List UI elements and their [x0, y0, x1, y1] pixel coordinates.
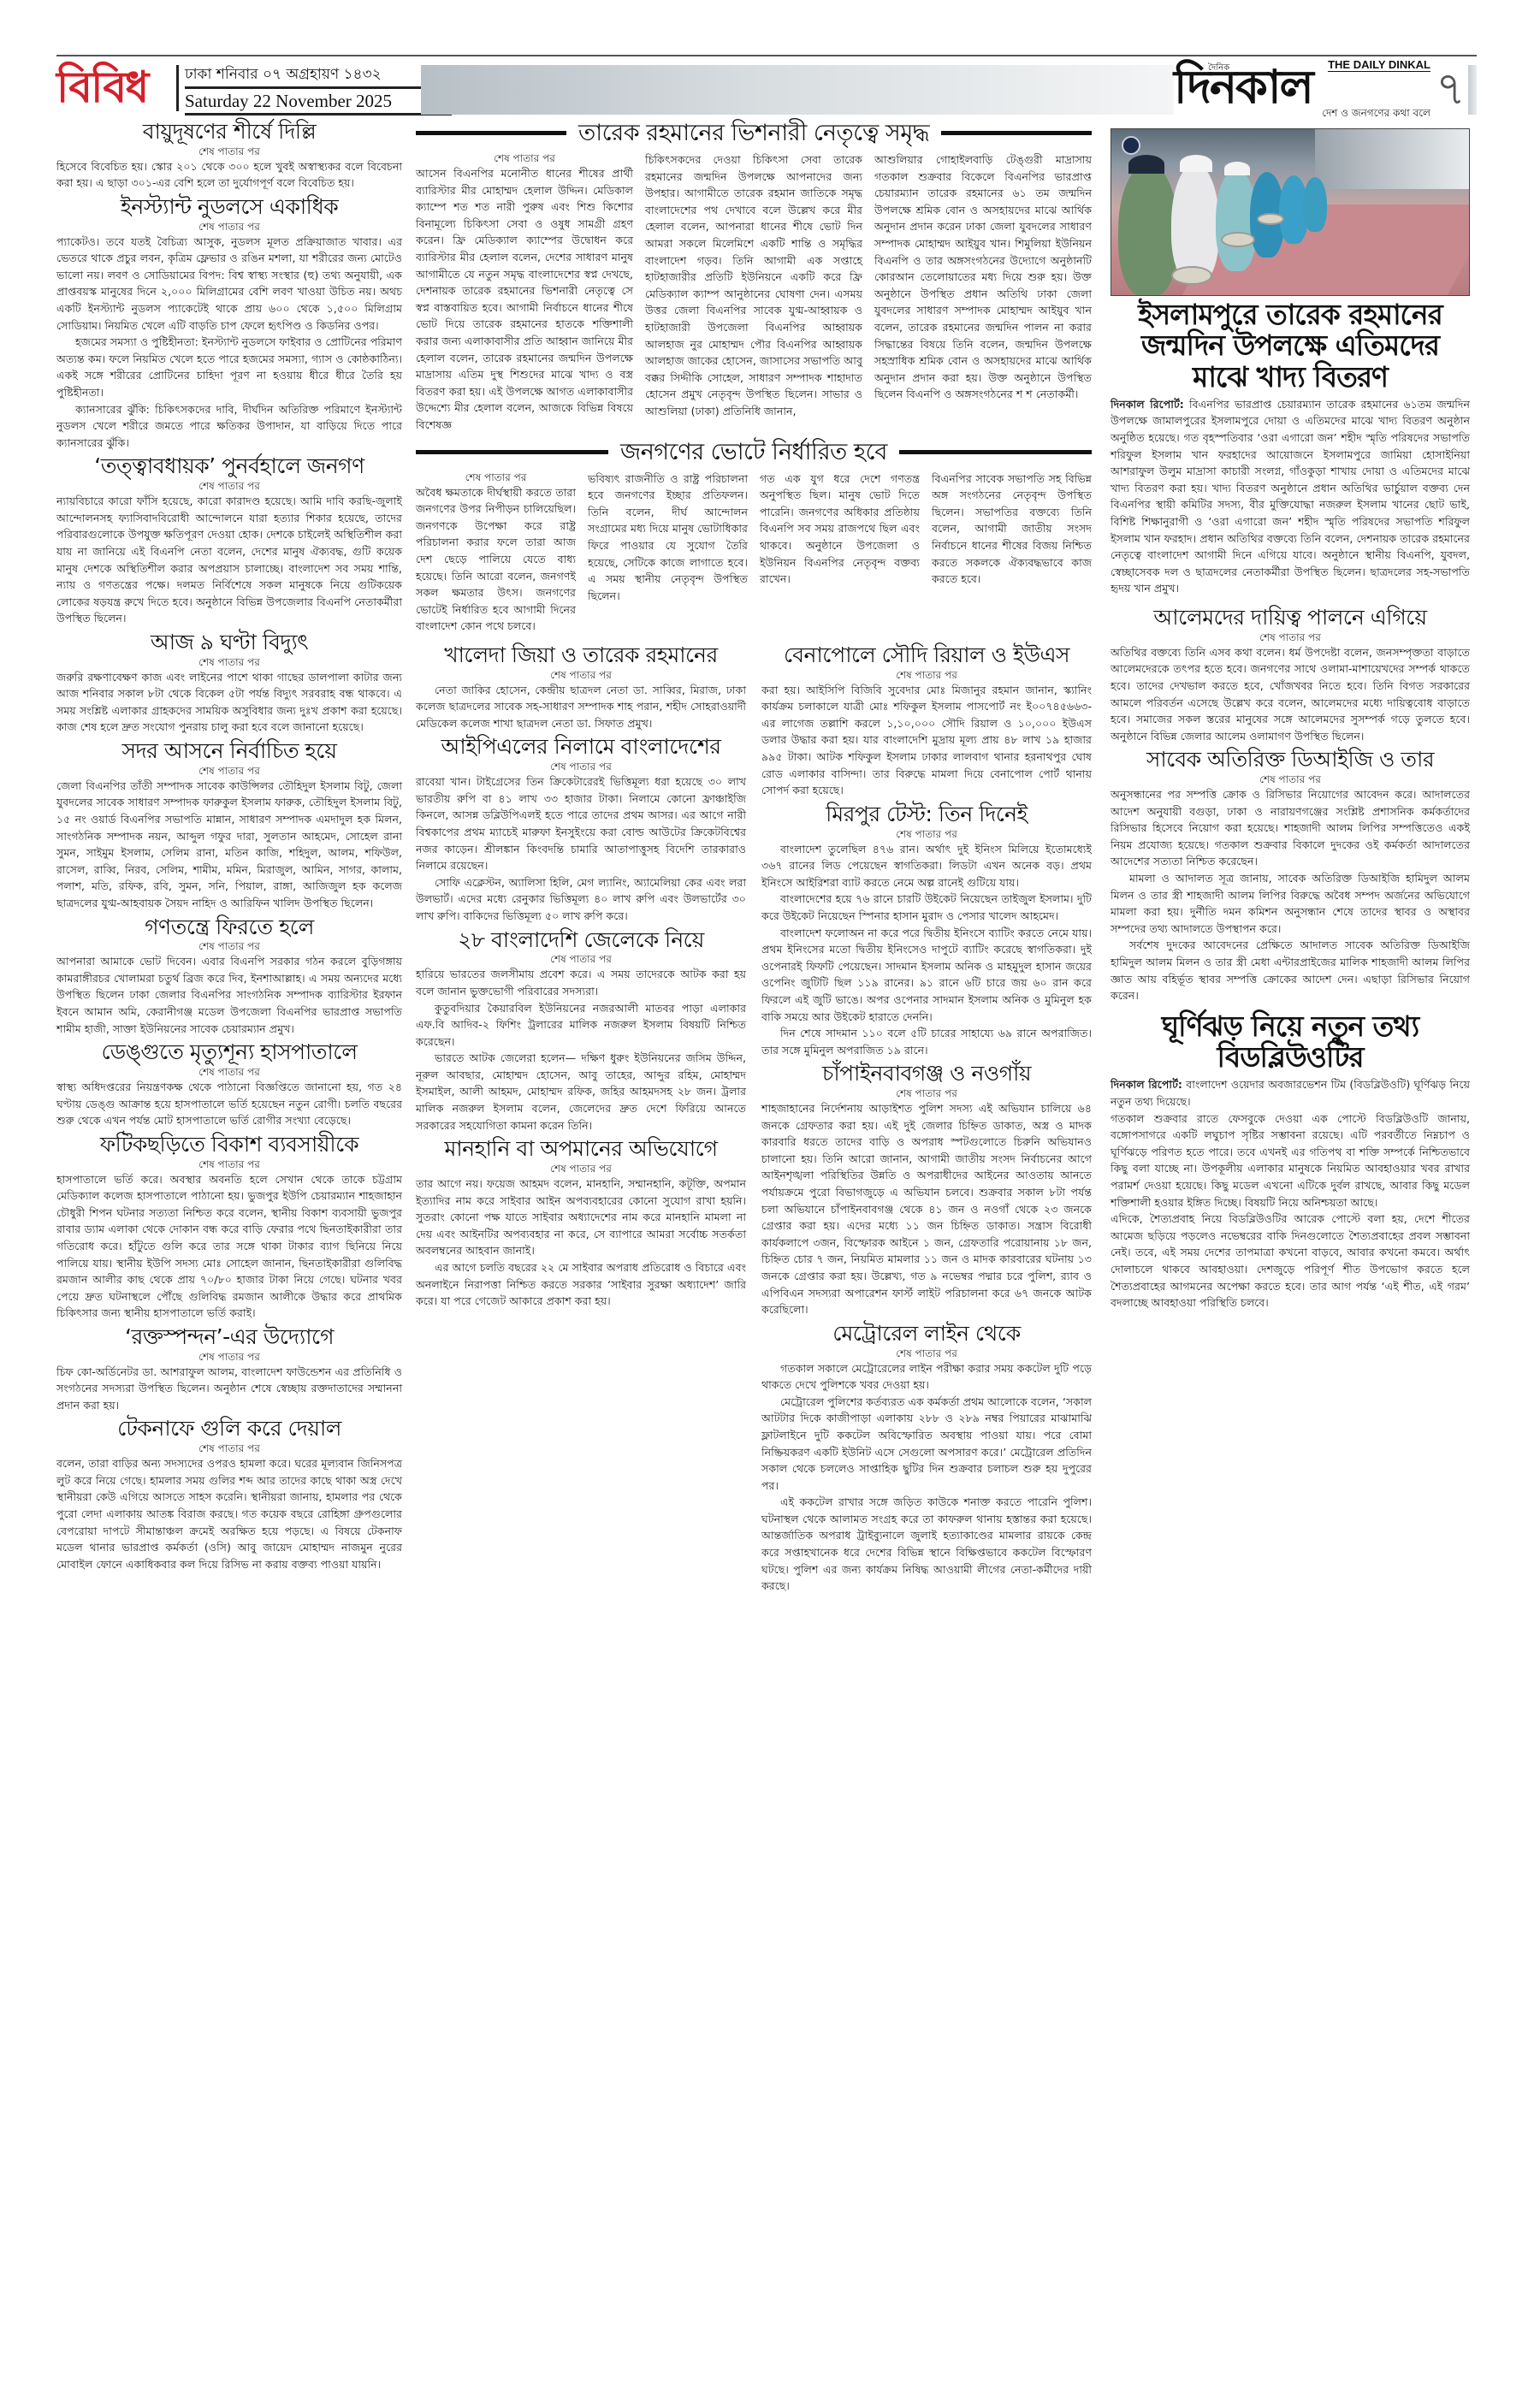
continued-label: শেষ পাতার পর	[56, 1442, 402, 1455]
article-mirpur-test: মিরপুর টেস্ট: তিন দিনেই শেষ পাতার পর বাং…	[761, 802, 1092, 1058]
newspaper-page: বিবিধ ঢাকা শনিবার ০৭ অগ্রহায়ণ ১৪৩২ Satu…	[0, 0, 1540, 2392]
article-text: আপনারা আমাকে ভোট দিবেন। এবার বিএনপি সরকা…	[56, 953, 402, 1037]
continued-label: শেষ পাতার পর	[416, 471, 576, 484]
article-text: বাংলাদেশের হয়ে ৭৬ রানে চারটি উইকেট নিয়…	[761, 891, 1092, 924]
article-text: নেতা জাকির হোসেন, কেন্দ্রীয় ছাত্রদল নেত…	[416, 682, 746, 732]
article-democracy: গণতন্ত্রে ফিরতে হলে শেষ পাতার পর আপনারা …	[56, 915, 402, 1038]
article-text: জেলা বিএনপির তাঁতী সম্পাদক সাবেক কাউন্সি…	[56, 778, 402, 912]
article-dengue: ডেঙ্গুতে মৃত্যুশূন্য হাসপাতালে শেষ পাতার…	[56, 1040, 402, 1129]
article-text: অতিথির বক্তব্যে তিনি এসব কথা বলেন। ধর্ম …	[1111, 644, 1470, 745]
article-text: হিসেবে বিবেচিত হয়। স্কোর ২০১ থেকে ৩০০ হ…	[56, 158, 402, 192]
middle-lower-left: খালেদা জিয়া ও তারেক রহমানের শেষ পাতার প…	[416, 643, 746, 1598]
article-text: অনুসন্ধানের পর সম্পত্তি ক্রোক ও রিসিভার …	[1111, 786, 1470, 870]
headline: আলেমদের দায়িত্ব পালনে এগিয়ে	[1111, 606, 1470, 631]
article-chapainawabganj: চাঁপাইনবাবগঞ্জ ও নওগাঁয় শেষ পাতার পর শা…	[761, 1062, 1092, 1317]
continued-label: শেষ পাতার পর	[56, 1065, 402, 1079]
headline: মানহানি বা অপমানের অভিযোগে	[416, 1137, 746, 1162]
article-blood-donation: ‘রক্তস্পন্দন’-এর উদ্যোগে শেষ পাতার পর চি…	[56, 1325, 402, 1414]
article-text: কুতুবদিয়ার কৈয়ারবিল ইউনিয়নের নজরআলী ম…	[416, 1000, 746, 1051]
continued-label: শেষ পাতার পর	[56, 220, 402, 234]
headline: টেকনাফে গুলি করে দেয়াল	[56, 1417, 402, 1442]
photo-watermark-icon	[1122, 136, 1140, 155]
continued-label: শেষ পাতার পর	[56, 764, 402, 778]
article-text: গত এক যুগ ধরে দেশে গণতন্ত্র অনুপস্থিত ছি…	[760, 471, 920, 588]
byline: দিনকাল রিপোর্ট:	[1111, 1078, 1182, 1091]
divider	[176, 65, 179, 111]
headline: খালেদা জিয়া ও তারেক রহমানের	[416, 643, 746, 668]
paper-name: দিনকাল	[1174, 62, 1312, 113]
article-cyclone: ঘূর্ণিঝড় নিয়ে নতুন তথ্য বিডব্লিউওটির দ…	[1111, 1011, 1470, 1311]
article-benapole: বেনাপোলে সৌদি রিয়াল ও ইউএস শেষ পাতার পর…	[761, 643, 1092, 799]
article-text: বলেন, তারা বাড়ির অন্য সদস্যদের ওপরও হাম…	[56, 1455, 402, 1572]
headline-rule-left	[416, 450, 608, 454]
continued-label: শেষ পাতার পর	[761, 1086, 1092, 1100]
middle-lower-right: বেনাপোলে সৌদি রিয়াল ও ইউএস শেষ পাতার পর…	[761, 643, 1092, 1598]
continued-label: শেষ পাতার পর	[761, 668, 1092, 682]
article-text: দিনকাল রিপোর্ট: বাংলাদেশ ওয়েদার অবজারভে…	[1111, 1076, 1470, 1110]
article-text: প্যাকেটও। তবে যতই বৈচিত্র্য আসুক, নুডলস …	[56, 234, 402, 335]
date-block: ঢাকা শনিবার ০৭ অগ্রহায়ণ ১৪৩২ Saturday 2…	[185, 63, 452, 115]
headline: বায়ুদূষণের শীর্ষে দিল্লি	[56, 120, 402, 145]
article-delhi-pollution: বায়ুদূষণের শীর্ষে দিল্লি শেষ পাতার পর হ…	[56, 120, 402, 192]
middle-column: তারেক রহমানের ভিশনারী নেতৃত্বে সমৃদ্ধ শে…	[416, 120, 1092, 1598]
byline: দিনকাল রিপোর্ট:	[1111, 398, 1184, 411]
article-text: মামলা ও আদালত সূত্র জানায়, সাবেক অতিরিক…	[1111, 870, 1470, 937]
continued-label: শেষ পাতার পর	[761, 1347, 1092, 1360]
lead-headline: তারেক রহমানের ভিশনারী নেতৃত্বে সমৃদ্ধ	[578, 120, 929, 146]
headline: ইনস্ট্যান্ট নুডলসে একাধিক	[56, 195, 402, 220]
continued-label: শেষ পাতার পর	[416, 151, 633, 165]
article-text: দিন শেষে সাদমান ১১০ বলে ৫টি চারের সাহায্…	[761, 1025, 1092, 1058]
feature-article: ইসলামপুরে তারেক রহমানের জন্মদিন উপলক্ষে …	[1111, 299, 1470, 597]
continued-label: শেষ পাতার পর	[56, 655, 402, 669]
second-article: জনগণের ভোটে নির্ধারিত হবে শেষ পাতার পর অ…	[416, 439, 1092, 635]
article-text: স্বাস্থ্য অধিদপ্তরের নিয়ন্ত্রণকক্ষ থেকে…	[56, 1079, 402, 1129]
photo-cap	[1180, 155, 1212, 172]
photo-cap	[1128, 155, 1164, 174]
article-text: সর্বশেষ দুদকের আবেদনের প্রেক্ষিতে আদালত …	[1111, 937, 1470, 1004]
photo-background	[1315, 129, 1469, 189]
article-text: বিএনপির ভারপ্রাপ্ত চেয়ারম্যান তারেক রহম…	[1111, 398, 1470, 595]
continued-label: শেষ পাতার পর	[416, 1162, 746, 1175]
article-power-outage: আজ ৯ ঘণ্টা বিদ্যুৎ শেষ পাতার পর জরুরি রক…	[56, 631, 402, 736]
headline-rule-right	[941, 131, 1092, 135]
article-teknaf: টেকনাফে গুলি করে দেয়াল শেষ পাতার পর বলে…	[56, 1417, 402, 1572]
continued-label: শেষ পাতার পর	[56, 479, 402, 493]
article-text: আশুলিয়ার গোহাইলবাড়ি টেঙ্গুরী মাদ্রাসায…	[874, 151, 1092, 403]
article-text: হাসপাতালে ভর্তি করে। অবস্থার অবনতি হলে স…	[56, 1171, 402, 1322]
header-gradient-bar	[421, 65, 1174, 115]
headline-rule-left	[416, 131, 566, 135]
section-title: বিবিধ	[56, 62, 147, 113]
article-text: মেট্রোরেল পুলিশের কর্তব্যরত এক কর্মকর্তা…	[761, 1394, 1092, 1495]
paper-english-name: THE DAILY DINKAL	[1328, 58, 1430, 72]
article-former-dig: সাবেক অতিরিক্ত ডিআইজি ও তার শেষ পাতার পর…	[1111, 748, 1470, 1004]
photo-child	[1118, 163, 1178, 296]
photo-cap	[1224, 162, 1250, 175]
article-text: করা হয়। আইসিপি বিজিবি সুবেদার মোঃ মিজান…	[761, 682, 1092, 799]
continued-label: শেষ পাতার পর	[56, 939, 402, 953]
lead-article: তারেক রহমানের ভিশনারী নেতৃত্বে সমৃদ্ধ শে…	[416, 120, 1092, 434]
article-text: বিএনপির সাবেক সভাপতি সহ বিভিন্ন অঙ্গ সংগ…	[932, 471, 1092, 588]
article-text: বাংলাদেশ ফলোঅন না করে পরে দ্বিতীয় ইনিংস…	[761, 925, 1092, 1026]
headline: মিরপুর টেস্ট: তিন দিনেই	[761, 802, 1092, 827]
article-text: সোফি এক্লেস্টন, অ্যালিসা হিলি, মেগ ল্যান…	[416, 874, 746, 925]
article-text: গতকাল শুক্রবার রাতে ফেসবুকে দেওয়া এক পো…	[1111, 1110, 1470, 1211]
article-text: তার আগে নয়। ফয়েজ আহমদ বলেন, মানহানি, স…	[416, 1175, 746, 1259]
left-column: বায়ুদূষণের শীর্ষে দিল্লি শেষ পাতার পর হ…	[56, 120, 402, 1576]
article-text: চিফ কো-অর্ডিনেটর ডা. আশরাফুল আলম, বাংলাদ…	[56, 1364, 402, 1414]
article-text: বাংলাদেশ তুলেছিল ৪৭৬ রান। অর্থাৎ দুই ইনি…	[761, 841, 1092, 891]
article-text: ক্যানসারের ঝুঁকি: চিকিৎসকদের দাবি, দীর্ঘ…	[56, 401, 402, 452]
headline: ২৮ বাংলাদেশি জেলেকে নিয়ে	[416, 928, 746, 953]
headline-with-rules: তারেক রহমানের ভিশনারী নেতৃত্বে সমৃদ্ধ	[416, 120, 1092, 146]
headline: ‘তত্ত্বাবধায়ক’ পুনর্বহালে জনগণ	[56, 454, 402, 479]
article-text: এর আগে চলতি বছরের ২২ মে সাইবার অপরাধ প্র…	[416, 1259, 746, 1310]
headline: সদর আসনে নির্বাচিত হয়ে	[56, 739, 402, 764]
headline: গণতন্ত্রে ফিরতে হলে	[56, 915, 402, 940]
article-alems: আলেমদের দায়িত্ব পালনে এগিয়ে শেষ পাতার …	[1111, 606, 1470, 744]
news-photo	[1111, 128, 1470, 296]
article-text: এদিকে, শৈত্যপ্রবাহ নিয়ে বিডব্লিউওটির আর…	[1111, 1211, 1470, 1311]
headline: আইপিএলের নিলামে বাংলাদেশের	[416, 735, 746, 760]
article-text: শাহজাহানের নির্দেশনায় আড়াইশত পুলিশ সদস…	[761, 1100, 1092, 1318]
headline: জনগণের ভোটে নির্ধারিত হবে	[620, 439, 887, 465]
article-khaleda-tarique: খালেদা জিয়া ও তারেক রহমানের শেষ পাতার প…	[416, 643, 746, 732]
headline: ফটিকছড়িতে বিকাশ ব্যবসায়ীকে	[56, 1133, 402, 1158]
article-text: হারিয়ে ভারতের জলসীমায় প্রবেশ করে। এ সম…	[416, 966, 746, 999]
photo-plate	[1171, 266, 1212, 285]
article-ipl-auction: আইপিএলের নিলামে বাংলাদেশের শেষ পাতার পর …	[416, 735, 746, 924]
masthead: বিবিধ ঢাকা শনিবার ০৭ অগ্রহায়ণ ১৪৩২ Satu…	[56, 62, 1477, 120]
article-text: জরুরি রক্ষণাবেক্ষণ কাজ এবং লাইনের পাশে থ…	[56, 669, 402, 736]
continued-label: শেষ পাতার পর	[416, 952, 746, 966]
headline-rule-right	[899, 450, 1092, 454]
headline: চাঁপাইনবাবগঞ্জ ও নওগাঁয়	[761, 1062, 1092, 1086]
article-text: ভবিষ্যৎ রাজনীতি ও রাষ্ট্র পরিচালনা হবে জ…	[588, 471, 748, 605]
feature-headline: ইসলামপুরে তারেক রহমানের জন্মদিন উপলক্ষে …	[1111, 299, 1470, 393]
headline: বেনাপোলে সৌদি রিয়াল ও ইউএস	[761, 643, 1092, 668]
page-edge-tab	[1468, 65, 1477, 115]
article-defamation: মানহানি বা অপমানের অভিযোগে শেষ পাতার পর …	[416, 1137, 746, 1310]
article-text: এই ককটেল রাখার সঙ্গে জড়িত কাউকে শনাক্ত …	[761, 1494, 1092, 1595]
headline-with-rules: জনগণের ভোটে নির্ধারিত হবে	[416, 439, 1092, 465]
headline: আজ ৯ ঘণ্টা বিদ্যুৎ	[56, 631, 402, 655]
newspaper-logo: দৈনিক THE DAILY DINKAL দিনকাল দেশ ও জনগণ…	[1174, 56, 1430, 123]
date-bengali: ঢাকা শনিবার ০৭ অগ্রহায়ণ ১৪৩২	[185, 63, 452, 89]
photo-plate	[1257, 213, 1284, 225]
article-text: হজমের সমস্যা ও পুষ্টিহীনতা: ইনস্ট্যান্ট …	[56, 334, 402, 400]
article-text: দিনকাল রিপোর্ট: বিএনপির ভারপ্রাপ্ত চেয়া…	[1111, 396, 1470, 597]
photo-child	[1303, 177, 1327, 232]
article-fatikchhari: ফটিকছড়িতে বিকাশ ব্যবসায়ীকে শেষ পাতার প…	[56, 1133, 402, 1322]
right-column: ইসলামপুরে তারেক রহমানের জন্মদিন উপলক্ষে …	[1111, 128, 1470, 1315]
continued-label: শেষ পাতার পর	[416, 760, 746, 773]
article-text: অবৈধ ক্ষমতাকে দীর্ঘস্থায়ী করতে তারা জনগ…	[416, 484, 576, 635]
continued-label: শেষ পাতার পর	[56, 1158, 402, 1171]
headline: সাবেক অতিরিক্ত ডিআইজি ও তার	[1111, 748, 1470, 773]
date-english: Saturday 22 November 2025	[185, 89, 452, 115]
photo-child	[1171, 163, 1219, 283]
paper-tagline: দেশ ও জনগণের কথা বলে	[1322, 106, 1430, 123]
headline: ঘূর্ণিঝড় নিয়ে নতুন তথ্য বিডব্লিউওটির	[1111, 1011, 1470, 1074]
article-fishermen: ২৮ বাংলাদেশি জেলেকে নিয়ে শেষ পাতার পর হ…	[416, 928, 746, 1134]
article-text: ভারতে আটক জেলেরা হলেন— দক্ষিণ ধুরুং ইউনি…	[416, 1050, 746, 1134]
headline: মেট্রোরেল লাইন থেকে	[761, 1322, 1092, 1347]
article-caretaker: ‘তত্ত্বাবধায়ক’ পুনর্বহালে জনগণ শেষ পাতা…	[56, 454, 402, 627]
continued-label: শেষ পাতার পর	[56, 145, 402, 158]
article-sadar-seat: সদর আসনে নির্বাচিত হয়ে শেষ পাতার পর জেল…	[56, 739, 402, 912]
continued-label: শেষ পাতার পর	[761, 827, 1092, 841]
article-instant-noodles: ইনস্ট্যান্ট নুডলসে একাধিক শেষ পাতার পর প…	[56, 195, 402, 451]
article-text: ন্যায়বিচারে কারো ফাঁসি হয়েছে, কারো কার…	[56, 493, 402, 627]
article-text: রাবেয়া খান। টাইগ্রেসের তিন ক্রিকেটারেরই…	[416, 773, 746, 874]
continued-label: শেষ পাতার পর	[56, 1350, 402, 1364]
continued-label: শেষ পাতার পর	[416, 668, 746, 682]
continued-label: শেষ পাতার পর	[1111, 631, 1470, 644]
headline: ‘রক্তস্পন্দন’-এর উদ্যোগে	[56, 1325, 402, 1350]
page-number: ৭	[1436, 62, 1466, 116]
article-text: আসেন বিএনপির মনোনীত ধানের শীষের প্রার্থী…	[416, 165, 633, 434]
headline: ডেঙ্গুতে মৃত্যুশূন্য হাসপাতালে	[56, 1040, 402, 1065]
continued-label: শেষ পাতার পর	[1111, 773, 1470, 786]
photo-plate	[1221, 232, 1255, 247]
article-text: চিকিৎসকদের দেওয়া চিকিৎসা সেবা তারেক রহম…	[645, 151, 862, 420]
article-text: গতকাল সকালে মেট্রোরেলের লাইন পরীক্ষা করা…	[761, 1360, 1092, 1394]
article-metrorail: মেট্রোরেল লাইন থেকে শেষ পাতার পর গতকাল স…	[761, 1322, 1092, 1595]
